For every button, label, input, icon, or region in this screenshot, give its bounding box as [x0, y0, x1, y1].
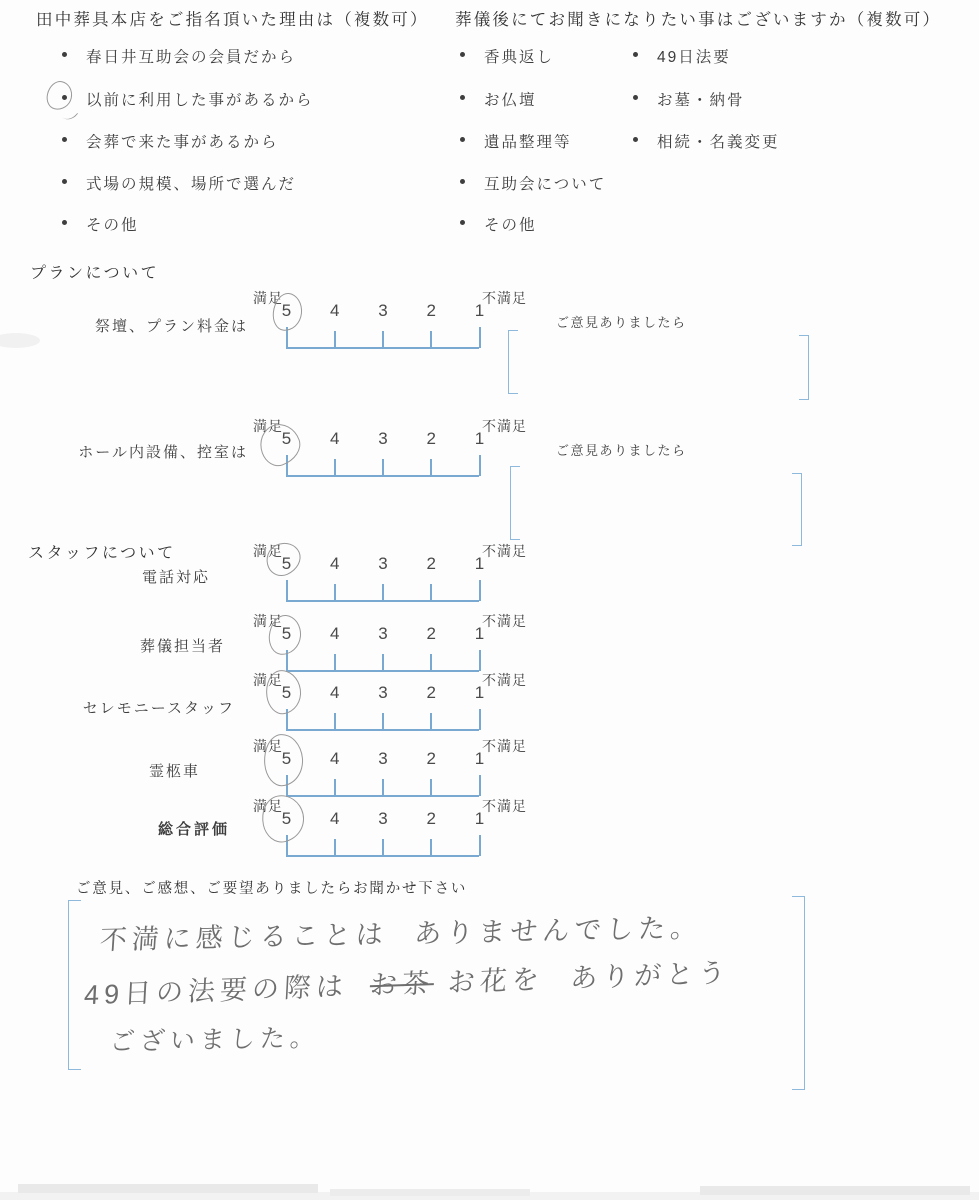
scale-baseline — [286, 347, 479, 349]
bullet-icon — [460, 137, 465, 142]
bullet-icon — [62, 179, 67, 184]
scale-tick — [382, 584, 384, 601]
bullet-icon — [460, 220, 465, 225]
scale-number-2: 2 — [427, 554, 436, 574]
after-funeral-item: 互助会について — [460, 172, 606, 194]
scale-number-2: 2 — [427, 624, 436, 644]
scale-tick — [382, 654, 384, 671]
scale-tick — [382, 713, 384, 730]
scale-tick — [479, 650, 481, 671]
scale-number-2: 2 — [427, 749, 436, 769]
scale-tick — [334, 713, 336, 730]
after-funeral-label: 相続・名義変更 — [657, 130, 780, 152]
scale-tick — [479, 709, 481, 730]
staff-row-label: 葬儀担当者 — [60, 635, 225, 656]
after-funeral-title: 葬儀後にてお聞きになりたい事はございますか（複数可） — [455, 6, 941, 30]
scale-number-4: 4 — [330, 749, 339, 769]
comment-prompt: ご意見ありましたら — [556, 440, 687, 459]
scale-number-4: 4 — [330, 554, 339, 574]
comment-bracket-open — [510, 466, 520, 540]
handwritten-text: 49日の法要の際は — [83, 971, 348, 1010]
bullet-icon — [460, 52, 465, 57]
scale-number-1: 1 — [475, 429, 484, 449]
comment-prompt: ご意見ありましたら — [556, 312, 687, 331]
scale-number-1: 1 — [475, 624, 484, 644]
scale-number-3: 3 — [378, 429, 387, 449]
scale-tick — [430, 459, 432, 476]
scale-number-1: 1 — [475, 749, 484, 769]
dissatisfied-label: 不満足 — [482, 541, 527, 561]
scale-tick — [430, 713, 432, 730]
reason-item: その他 — [62, 213, 139, 235]
handwritten-struck-text: お茶 — [369, 968, 435, 1000]
scale-tick — [334, 459, 336, 476]
reason-label: 会葬で来た事があるから — [86, 130, 279, 152]
scale-number-4: 4 — [330, 809, 339, 829]
rating-scale-plan-price: 満足不満足54321 — [253, 288, 543, 354]
after-funeral-label: 遺品整理等 — [484, 130, 572, 152]
reason-label: 以前に利用した事があるから — [86, 88, 314, 110]
scale-number-2: 2 — [427, 809, 436, 829]
after-funeral-item: 相続・名義変更 — [633, 130, 780, 152]
scale-tick — [479, 835, 481, 856]
staff-row-label: セレモニースタッフ — [60, 697, 235, 718]
scale-baseline — [286, 855, 479, 857]
scale-number-1: 1 — [475, 809, 484, 829]
rating-scale-plan-facilities: 満足不満足54321 — [253, 416, 543, 482]
scale-number-3: 3 — [378, 624, 387, 644]
scale-tick — [430, 331, 432, 348]
scale-tick — [382, 779, 384, 796]
handwritten-comment-line2: 49日の法要の際はお茶お花を ありがとう — [83, 951, 731, 1013]
plan-section-title: プランについて — [30, 260, 159, 283]
scale-tick — [430, 584, 432, 601]
rating-scale-staff-phone: 満足不満足54321 — [253, 541, 543, 607]
scale-tick — [479, 455, 481, 476]
bullet-icon — [633, 137, 638, 142]
scale-tick — [479, 580, 481, 601]
rating-scale-staff-ceremony: 満足不満足54321 — [253, 670, 543, 736]
after-funeral-label: その他 — [484, 213, 537, 235]
scale-tick — [334, 331, 336, 348]
rating-scale-staff-hearse: 満足不満足54321 — [253, 736, 543, 802]
scale-number-1: 1 — [475, 301, 484, 321]
after-funeral-label: 49日法要 — [657, 45, 731, 67]
bullet-icon — [633, 95, 638, 100]
scale-baseline — [286, 475, 479, 477]
reason-item: 春日井互助会の会員だから — [62, 45, 296, 67]
scale-number-3: 3 — [378, 683, 387, 703]
reason-item: 式場の規模、場所で選んだ — [62, 172, 296, 194]
scale-number-2: 2 — [427, 301, 436, 321]
free-comment-bracket-close — [792, 896, 805, 1090]
scale-number-3: 3 — [378, 554, 387, 574]
after-funeral-item: 遺品整理等 — [460, 130, 572, 152]
rating-scale-staff-director: 満足不満足54321 — [253, 611, 543, 677]
scale-tick — [334, 584, 336, 601]
scale-tick — [382, 459, 384, 476]
rating-scale-overall: 満足不満足54321 — [253, 796, 543, 862]
scale-number-4: 4 — [330, 301, 339, 321]
scale-tick — [479, 775, 481, 796]
scale-number-2: 2 — [427, 429, 436, 449]
scan-artifact — [18, 1184, 318, 1193]
reason-label: その他 — [86, 213, 139, 235]
dissatisfied-label: 不満足 — [482, 670, 527, 690]
scale-tick — [382, 331, 384, 348]
bullet-icon — [62, 52, 67, 57]
after-funeral-label: 香典返し — [484, 45, 554, 67]
bullet-icon — [62, 137, 67, 142]
after-funeral-label: 互助会について — [484, 172, 606, 194]
scale-number-1: 1 — [475, 554, 484, 574]
scale-number-3: 3 — [378, 749, 387, 769]
scale-baseline — [286, 600, 479, 602]
survey-form-scan: 田中葬具本店をご指名頂いた理由は（複数可） 葬儀後にてお聞きになりたい事はござい… — [0, 0, 979, 1200]
handwritten-comment-line3: ございました。 — [109, 1018, 321, 1058]
after-funeral-item: その他 — [460, 213, 537, 235]
bullet-icon — [460, 95, 465, 100]
after-funeral-label: お墓・納骨 — [657, 88, 745, 110]
scale-baseline — [286, 729, 479, 731]
scale-number-1: 1 — [475, 683, 484, 703]
bullet-icon — [62, 220, 67, 225]
reasons-title: 田中葬具本店をご指名頂いた理由は（複数可） — [36, 6, 429, 30]
scale-tick — [334, 779, 336, 796]
free-comment-bracket-open — [68, 900, 81, 1070]
bullet-icon — [633, 52, 638, 57]
handwritten-comment-line1: 不満に感じることは ありませんでした。 — [99, 906, 704, 958]
staff-row-label: 電話対応 — [60, 566, 210, 587]
scan-artifact — [330, 1189, 530, 1196]
scale-number-4: 4 — [330, 429, 339, 449]
scale-tick — [479, 327, 481, 348]
staff-row-label: 霊柩車 — [60, 760, 200, 781]
scale-number-3: 3 — [378, 301, 387, 321]
after-funeral-item: お墓・納骨 — [633, 88, 745, 110]
scan-smudge — [0, 333, 40, 348]
plan-row-label: 祭壇、プラン料金は — [78, 315, 248, 336]
scale-tick — [334, 654, 336, 671]
scale-tick — [430, 779, 432, 796]
handwritten-text: お花を ありがとう — [447, 958, 731, 998]
plan-row-label: ホール内設備、控室は — [78, 441, 248, 462]
staff-row-label-overall: 総合評価 — [60, 818, 230, 839]
after-funeral-label: お仏壇 — [484, 88, 537, 110]
handwritten-selection-circle — [44, 79, 74, 113]
handwritten-rating-circle — [262, 732, 305, 787]
dissatisfied-label: 不満足 — [482, 416, 527, 436]
reason-item: 以前に利用した事があるから — [62, 88, 314, 110]
scale-tick — [286, 580, 288, 601]
dissatisfied-label: 不満足 — [482, 611, 527, 631]
comment-bracket-close — [799, 335, 809, 400]
scale-number-4: 4 — [330, 683, 339, 703]
comment-bracket-open — [508, 330, 518, 394]
reason-label: 春日井互助会の会員だから — [86, 45, 296, 67]
bullet-icon — [460, 179, 465, 184]
after-funeral-item: 香典返し — [460, 45, 554, 67]
after-funeral-item: 49日法要 — [633, 45, 731, 67]
scale-tick — [334, 839, 336, 856]
after-funeral-item: お仏壇 — [460, 88, 537, 110]
scale-tick — [430, 654, 432, 671]
dissatisfied-label: 不満足 — [482, 796, 527, 816]
scale-tick — [430, 839, 432, 856]
scale-number-2: 2 — [427, 683, 436, 703]
dissatisfied-label: 不満足 — [482, 736, 527, 756]
scan-artifact — [700, 1186, 970, 1195]
free-comment-title: ご意見、ご感想、ご要望ありましたらお聞かせ下さい — [76, 877, 467, 898]
dissatisfied-label: 不満足 — [482, 288, 527, 308]
staff-section-title: スタッフについて — [28, 540, 176, 563]
scale-number-3: 3 — [378, 809, 387, 829]
reason-item: 会葬で来た事があるから — [62, 130, 279, 152]
scale-tick — [382, 839, 384, 856]
reason-label: 式場の規模、場所で選んだ — [86, 172, 296, 194]
comment-bracket-close — [792, 473, 802, 546]
scale-number-4: 4 — [330, 624, 339, 644]
